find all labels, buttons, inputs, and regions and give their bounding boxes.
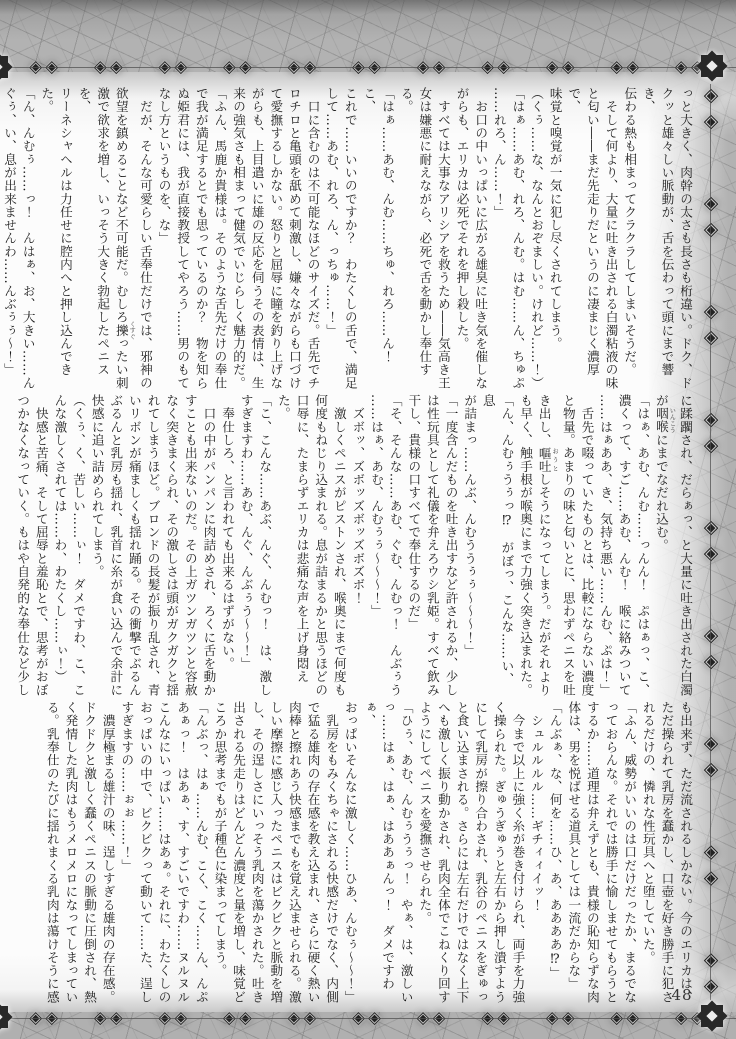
text-column: る。乳奉仕のたびに揺れまくる乳肉は蕩けそうに感	[42, 701, 61, 1005]
text-column: 快感と苦痛、そして屈辱と羞恥とで、思考がおぼ	[31, 394, 50, 697]
text-column: ただ操られて乳房を蠢かし、口壺を好き勝手に犯さ	[657, 701, 676, 1005]
star-ornament-icon	[0, 50, 14, 84]
text-column: すぎますの……ぉぉ……！」	[117, 701, 136, 1005]
text-column: シュルルルル……ギチィィイッ！	[526, 701, 545, 1005]
text-column: が詰まっ……んぶ、んむううぅぅ～～～！」	[460, 394, 479, 697]
text-column: ……れろ、ん……！」	[489, 87, 508, 390]
text-column: 「んぶっ、はぁ……んむ、こく、こく……ん、んぷ	[191, 701, 210, 1005]
star-ornament-icon	[695, 999, 729, 1033]
text-column: で我が満足するとでも思っているのか？ 物を知ら	[191, 87, 210, 390]
text-column: 何度もねじり込まれる。息が詰まるかと思うほどの	[311, 394, 330, 697]
text-column: く操られた。ぎゅうぎゅうと左右から押し潰すよう	[489, 701, 508, 1005]
text-column: ズボッ、ズボッズボッズボズボ！	[348, 394, 367, 697]
text-column: ……はぁ、あむ、んむぅぅ～～～！」	[366, 394, 385, 697]
text-column: 舌先で啜っていたものとは、比較にならない濃度	[577, 394, 596, 697]
text-column: 干し、貴様の口すべてで奉仕するのだ」	[404, 394, 423, 697]
text-column: ぬ姫君には、我が直接教授してやろう……男のもて	[173, 87, 192, 390]
text-column: も出来ず、ただ流されるしかない。今のエリカは、	[675, 701, 694, 1005]
text-column: へも激しく振り動かされ、乳肉全体でこねくり回す	[433, 701, 452, 1005]
text-column: 濃くって、すご……あむ、んむ！ 喉に絡みついて	[614, 394, 633, 697]
text-column: ぐぅ、い、息が出来ませんわ……んぶぅぅ～！」	[0, 87, 18, 390]
text-column: （くぅ……な、なんとおぞましい。けれど……！）	[526, 87, 545, 390]
ornament-rail	[0, 67, 736, 68]
text-column: 「一度含んだものを吐き出すなど許されるか、少し	[441, 394, 460, 697]
text-column: ぶるんと乳房も揺れ、乳首に糸が食い込んで余計に	[106, 394, 125, 697]
text-column: （くぅ、く、苦しい……ぃ！ ダメですわ、こ、こ	[68, 394, 87, 697]
text-column: 味覚と嗅覚が一気に犯し尽くされてしまう。	[545, 87, 564, 390]
text-column: と食い込まされる。さらには左右だけではなく上下	[452, 701, 471, 1005]
ornament-rail	[0, 1018, 736, 1019]
text-column: 「はぁ、あむ、んむ……っんん！ ぷはぁっ、こ、	[633, 394, 652, 697]
text-column: なく突きまくられ、その激しさは頭がガクガクと揺	[162, 394, 181, 697]
text-column: と物量。あまりの味と匂いとに、思わずペニスを吐	[558, 394, 577, 697]
page-number: 48	[666, 986, 698, 1004]
text-column: く発情した乳肉はもうメロメロになってしまってい	[61, 701, 80, 1005]
text-column: 口に含むのは不可能なほどのサイズだ。舌先でチ	[303, 87, 322, 390]
text-column: がらも、上目遣いに雄の反応を伺うその表情は、生	[247, 87, 266, 390]
ornament-rail	[710, 84, 711, 1000]
text-column: 今まで以上に強く糸が巻き付けられ、両手を力強	[508, 701, 527, 1005]
text-column: 「そ、そんな……あむ、ぐむ、んむっ！ んぶぅう	[385, 394, 404, 697]
text-column: に蹂躙され、だらぁっ、と大量に吐き出された白濁	[675, 394, 694, 697]
text-column: 快感に追い詰められてしまう。	[87, 394, 106, 697]
text-column: 「ん、んむぅうぅっ⁉ がぼっ、こんな……い、息	[478, 394, 515, 697]
text-column: にして乳房が擦り合わされ、乳谷のペニスをぎゅっ	[471, 701, 490, 1005]
text-column: だが、そんな可愛らしい舌奉仕だけでは、邪神の	[135, 87, 154, 390]
text-column: がらも、エリカは必死でそれを押し殺した。	[452, 87, 471, 390]
ornament-border-top	[0, 54, 736, 80]
text-column: 来の強気さも相まって健気でいじらしく魅力的だ。	[228, 87, 247, 390]
ornament-border-right	[697, 84, 725, 1000]
diamond-chain-icon	[697, 84, 725, 1000]
text-column: 「ん、んむぅ……っ！ んはぁ、お、大きい……ん	[18, 87, 37, 390]
text-column: 肉棒と擦れあう快感までもを覚え込ませられる。激	[284, 701, 303, 1005]
text-column: も早く、触手根が喉奥にまで力強く突き込まれた。	[515, 394, 534, 697]
text-column: 「ひぅ、あむ、んむぅうぅっ！ やぁ、は、激しい	[396, 701, 415, 1005]
text-column: 「はぁ……あむ、んむ……ちゅ、れろ……ん！ こ、	[359, 87, 396, 390]
text-column: ……はぁああ、き、気持ち悪い……んむ、ぷは！」	[595, 394, 614, 697]
text-column: れてしまうほど。ブロンドの長髪が振り乱され、青	[143, 394, 162, 697]
text-column: いリボンが痛ましくも揺れ踊る。その衝撃でぶるん	[124, 394, 143, 697]
text-column: 奉仕しろ、と言われても出来るはずがない。	[217, 394, 236, 697]
text-column: し、その逞しさにいっそう乳肉を蕩かされた。吐き	[247, 701, 266, 1005]
text-column: こんなにいっぱい……はあぁ。それに、わたくしの	[154, 701, 173, 1005]
text-column: ドクドクと激しく蠢くペニスの脈動に圧倒され、熱	[79, 701, 98, 1005]
text-column: 体は、男を悦ばせる道具としては一流だからな」	[564, 701, 583, 1005]
text-column: ようにしてペニスを愛撫させられた。	[415, 701, 434, 1005]
text-column: おっぱいの中で、ビクビクって動いて……た、逞し	[135, 701, 154, 1005]
text-band-bottom: も出来ず、ただ流されるしかない。今のエリカは、ただ操られて乳房を蠢かし、口壺を好…	[61, 701, 694, 1005]
text-column: 出される先走りはどんどん濃度と量を増し、味覚ど	[228, 701, 247, 1005]
text-column: 女は嫌悪に耐えながら、必死で舌を動かし奉仕する。	[396, 87, 433, 390]
text-column: 「ふん、威勢がいいのは口だけだったか、まるでな	[620, 701, 639, 1005]
text-column: れるだけの、憐れな性玩具へと堕していた。	[638, 701, 657, 1005]
text-band-middle: に蹂躙され、だらぁっ、と大量に吐き出された白濁が咽喉いんこうにまでなだれ込む。「…	[61, 394, 694, 697]
text-column: お口の中いっぱいに広がる雄臭に吐き気を催しな	[471, 87, 490, 390]
text-column: 濃厚極まる雄汁の味、逞しすぎる雄肉の存在感。	[98, 701, 117, 1005]
text-column: して……あむ、れろ、ん、っちゅ……！」	[322, 87, 341, 390]
text-column: 口辱に、たまらずエリカは悲痛な声を上げ身悶えた。	[273, 394, 310, 697]
text-column: つかなくなっていく。もはや自発的な奉仕など少し	[13, 394, 32, 697]
star-ornament-icon	[0, 1000, 14, 1034]
text-column: 伝わる熱も相まってクラクラしてしまいそうだ。	[620, 87, 639, 390]
text-column: 口の中がパンパンに肉詰めされ、ろくに舌を動か	[199, 394, 218, 697]
text-column: すぎますわ……あむ、んぐ、んぶぅう～～！」	[236, 394, 255, 697]
book-page-scan: っと大きく、肉幹の太さも長さも桁違い。ドク、ドクッと雄々しい脈動が、舌を伝わって…	[0, 0, 736, 1039]
star-ornament-icon	[695, 49, 729, 83]
text-column: 激しくペニスがピストンされ、喉奥にまで何度も	[329, 394, 348, 697]
text-column: と匂い――まだ先走りだというのに凄まじく濃厚で、	[564, 87, 601, 390]
text-column: おっぱいそんなに激しく……ひあ、んむぅ～～！」	[340, 701, 359, 1005]
text-column: 欲望を鎮めることなど不可能だ。むしろ擽くすぐったい刺	[111, 87, 135, 390]
text-column: なし方というものを、な」	[154, 87, 173, 390]
ornament-border-bottom	[0, 1005, 736, 1031]
text-column: 「こ、こんな……あぶ、んぐ、んむっ！ は、激し	[255, 394, 274, 697]
text-column: き出し、嘔吐おうとしそうになってしまう。だがそれより	[534, 394, 558, 697]
text-column: するか……道理は弁えずとも、貴様の恥知らずな肉	[582, 701, 601, 1005]
text-column: これで……いいのですか？ わたくしの舌で、満足	[340, 87, 359, 390]
text-column: 「はぁ……あむ、れろ、んむ。はむ……ん、ちゅぷ	[508, 87, 527, 390]
text-column: で猛る雄肉の存在感を教え込まれ、さらに硬く熱い	[303, 701, 322, 1005]
text-column: ロチロと亀頭を舐めて刺激し、嫌々ながらも口づけ	[284, 87, 303, 390]
text-column: すべては大事なアリシアを救うため――気高き王	[433, 87, 452, 390]
text-column: っておらんな。それでは勝手に愉しませてもらうと	[601, 701, 620, 1005]
text-column: ころか思考までもが子種色に染まってしまう。	[210, 701, 229, 1005]
text-column: 激で欲求を増し、いっそう大きく勃起したペニスを、	[74, 87, 111, 390]
text-column: っと大きく、肉幹の太さも長さも桁違い。ドク、ド	[675, 87, 694, 390]
text-column: は性玩具として礼儀を弁えろウシ乳姫。すべて飲み	[422, 394, 441, 697]
text-column: が咽喉いんこうにまでなだれ込む。	[651, 394, 675, 697]
text-column: て愛撫するしかない。怒りと屈辱に瞳を釣り上げな	[266, 87, 285, 390]
text-column: 「んぶぁ、な、何を……ひ、あ、ああああ⁉」	[545, 701, 564, 1005]
text-column: クッと雄々しい脈動が、舌を伝わって頭にまで響き、	[638, 87, 675, 390]
text-band-top: っと大きく、肉幹の太さも長さも桁違い。ドク、ドクッと雄々しい脈動が、舌を伝わって…	[61, 87, 694, 390]
text-column: しい摩擦に感じ入ったペニスはビクビクと脈動を増	[266, 701, 285, 1005]
text-column: すことも出来ないのだ。その上ガツンガツンと容赦	[180, 394, 199, 697]
text-column: 乳房をもみくちゃにされる快感だけでなく、内側	[322, 701, 341, 1005]
text-column: っ……はぁ、はぁ、はああぁんっ！ ダメですわぁ、	[359, 701, 396, 1005]
text-column: んな激しくされては……わ、わたくし……ぃ！）	[50, 394, 69, 697]
text-column: あぁっ！ はあぁ、す、すごいですわ……ヌルヌル	[173, 701, 192, 1005]
text-column: リーネシャヘルは力任せに腔内へと押し込んできた。	[37, 87, 74, 390]
text-column: そして何より、大量に吐き出される白濁粘液の味	[601, 87, 620, 390]
text-column: 「ふん、馬鹿か貴様は。そのような舌先だけの奉仕	[210, 87, 229, 390]
